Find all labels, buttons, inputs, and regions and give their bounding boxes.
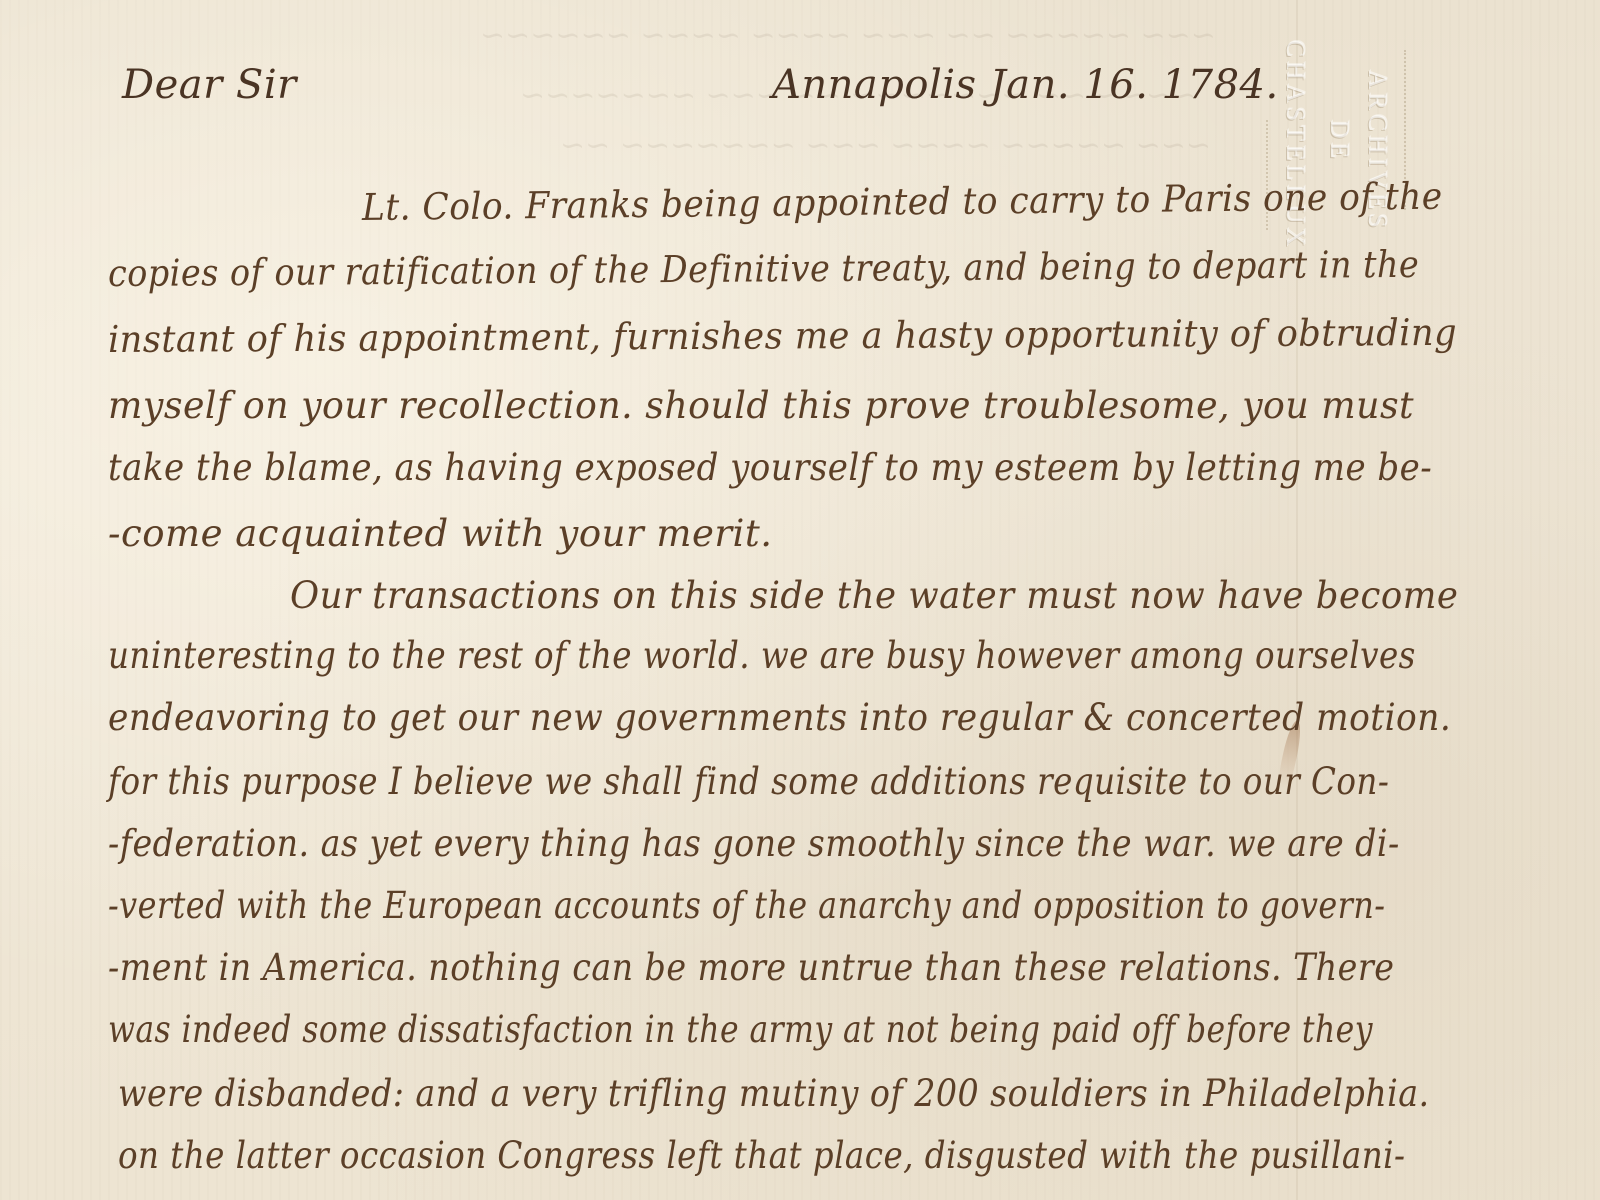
letter-line: instant of his appointment, furnishes me… xyxy=(108,311,1457,361)
bleed-through-text: ~~~ ~~~~~ ~~~~ ~~~ ~~~~~~~ ~~ xyxy=(560,128,1211,163)
bleed-through-text: ~~~ ~~~~~ ~~ ~~~ ~~~~ ~~~~ ~~~~~~ xyxy=(480,18,1216,53)
letter-line: -federation. as yet every thing has gone… xyxy=(108,822,1400,865)
letter-line: uninteresting to the rest of the world. … xyxy=(108,634,1416,677)
letter-line: -verted with the European accounts of th… xyxy=(108,884,1385,927)
letter-line: endeavoring to get our new governments i… xyxy=(108,696,1451,739)
letter-line: was indeed some dissatisfaction in the a… xyxy=(108,1008,1373,1051)
stamp-line: DE xyxy=(1324,120,1354,163)
letter-line: on the latter occasion Congress left tha… xyxy=(118,1134,1405,1177)
place-and-date: Annapolis Jan. 16. 1784. xyxy=(772,62,1279,108)
letter-line: -come acquainted with your merit. xyxy=(108,512,773,555)
manuscript-page: ~~~ ~~~~~ ~~ ~~~ ~~~~ ~~~~ ~~~~~~ ~~~~ ~… xyxy=(0,0,1600,1200)
letter-line: myself on your recollection. should this… xyxy=(108,384,1414,427)
letter-line: were disbanded: and a very trifling muti… xyxy=(118,1072,1430,1115)
letter-line: -ment in America. nothing can be more un… xyxy=(108,946,1394,989)
letter-line: take the blame, as having exposed yourse… xyxy=(108,446,1432,489)
letter-line: Our transactions on this side the water … xyxy=(290,574,1458,617)
letter-line: copies of our ratification of the Defini… xyxy=(108,243,1420,295)
embossed-archive-stamp: CHASTELLUX DE ARCHIVES xyxy=(1280,30,1430,260)
letter-line: for this purpose I believe we shall find… xyxy=(108,760,1389,803)
salutation: Dear Sir xyxy=(122,62,297,108)
